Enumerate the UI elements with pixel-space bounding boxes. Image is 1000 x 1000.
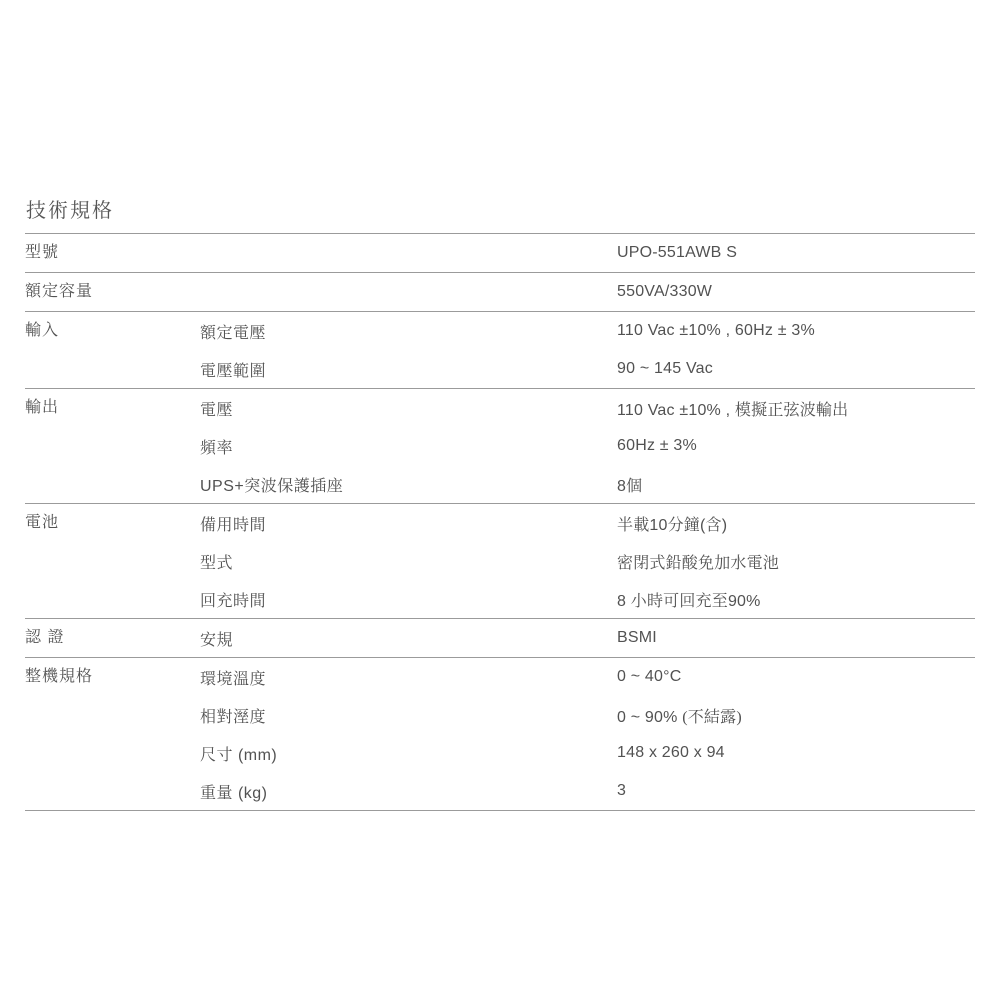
spec-section: 型號UPO-551AWB S: [25, 234, 975, 273]
spec-section: 認 證安規BSMI: [25, 619, 975, 658]
section-rows: 550VA/330W: [200, 273, 975, 311]
spec-value-text: UPO-551AWB S: [617, 244, 737, 261]
spec-value: 密閉式鉛酸免加水電池: [617, 550, 975, 573]
spec-row: 型式密閉式鉛酸免加水電池: [200, 542, 975, 580]
section-category: 輸入: [25, 312, 200, 350]
spec-row: 550VA/330W: [200, 273, 975, 311]
spec-value-text: 密閉式鉛酸免加水電池: [617, 555, 779, 572]
section-rows: UPO-551AWB S: [200, 234, 975, 272]
spec-row: 回充時間8 小時可回充至90%: [200, 580, 975, 618]
spec-row: UPS+突波保護插座8個: [200, 465, 975, 503]
spec-value: 0 ~ 40°C: [617, 668, 975, 686]
section-category: 輸出: [25, 389, 200, 427]
spec-row: 安規BSMI: [200, 619, 975, 657]
section-rows: 額定電壓110 Vac ±10% , 60Hz ± 3%電壓範圍90 ~ 145…: [200, 312, 975, 388]
spec-row: 額定電壓110 Vac ±10% , 60Hz ± 3%: [200, 312, 975, 350]
section-category: 整機規格: [25, 658, 200, 696]
spec-row: 頻率60Hz ± 3%: [200, 427, 975, 465]
spec-value-text: 0 ~ 40°C: [617, 668, 681, 685]
spec-value: 半載10分鐘(含): [617, 512, 975, 535]
spec-value: 60Hz ± 3%: [617, 437, 975, 455]
section-rows: 安規BSMI: [200, 619, 975, 657]
spec-row: 電壓範圍90 ~ 145 Vac: [200, 350, 975, 388]
spec-value: 0 ~ 90% (不結露): [617, 704, 975, 727]
spec-value: UPO-551AWB S: [617, 244, 975, 262]
spec-label: 額定電壓: [200, 320, 617, 343]
spec-value-text: 110 Vac ±10% , 60Hz ± 3%: [617, 322, 815, 339]
section-rows: 環境溫度0 ~ 40°C相對溼度0 ~ 90% (不結露)尺寸 (mm)148 …: [200, 658, 975, 810]
spec-table: 型號UPO-551AWB S額定容量550VA/330W輸入額定電壓110 Va…: [25, 233, 975, 811]
spec-row: 尺寸 (mm)148 x 260 x 94: [200, 734, 975, 772]
page-title: 技術規格: [26, 194, 975, 223]
spec-value-text: 110 Vac ±10% ,: [617, 402, 735, 419]
spec-section: 整機規格環境溫度0 ~ 40°C相對溼度0 ~ 90% (不結露)尺寸 (mm)…: [25, 658, 975, 811]
spec-value-serif-text: (不結露): [682, 709, 742, 726]
spec-section: 輸入額定電壓110 Vac ±10% , 60Hz ± 3%電壓範圍90 ~ 1…: [25, 312, 975, 389]
spec-section: 電池備用時間半載10分鐘(含)型式密閉式鉛酸免加水電池回充時間8 小時可回充至9…: [25, 504, 975, 619]
spec-value-text: 60Hz ± 3%: [617, 437, 697, 454]
spec-value-text: 半載10分鐘(含): [617, 517, 727, 534]
spec-value: 8個: [617, 473, 975, 496]
spec-row: 電壓110 Vac ±10% , 模擬正弦波輸出: [200, 389, 975, 427]
spec-value: 550VA/330W: [617, 283, 975, 301]
spec-label: UPS+突波保護插座: [200, 473, 617, 496]
spec-section: 輸出電壓110 Vac ±10% , 模擬正弦波輸出頻率60Hz ± 3%UPS…: [25, 389, 975, 504]
spec-value-text: 8 小時可回充至90%: [617, 593, 761, 610]
spec-label: 環境溫度: [200, 666, 617, 689]
section-category: 電池: [25, 504, 200, 542]
spec-label: 安規: [200, 627, 617, 650]
spec-value-text: BSMI: [617, 629, 657, 646]
spec-value-text: 148 x 260 x 94: [617, 744, 725, 761]
spec-value-serif-text: 模擬正弦波輸出: [735, 402, 848, 419]
spec-value: 3: [617, 782, 975, 800]
spec-value: 110 Vac ±10% , 60Hz ± 3%: [617, 322, 975, 340]
spec-row: 重量 (kg)3: [200, 772, 975, 810]
spec-label: 尺寸 (mm): [200, 742, 617, 765]
spec-value-text: 90 ~ 145 Vac: [617, 360, 713, 377]
spec-row: UPO-551AWB S: [200, 234, 975, 272]
section-category: 額定容量: [25, 273, 200, 311]
spec-value-text: 550VA/330W: [617, 283, 712, 300]
spec-label: 頻率: [200, 435, 617, 458]
spec-label: 型式: [200, 550, 617, 573]
section-category: 認 證: [25, 619, 200, 657]
spec-value-text: 0 ~ 90%: [617, 709, 682, 726]
spec-row: 相對溼度0 ~ 90% (不結露): [200, 696, 975, 734]
spec-value: 90 ~ 145 Vac: [617, 360, 975, 378]
spec-value: BSMI: [617, 629, 975, 647]
spec-label: 電壓範圍: [200, 358, 617, 381]
section-rows: 備用時間半載10分鐘(含)型式密閉式鉛酸免加水電池回充時間8 小時可回充至90%: [200, 504, 975, 618]
spec-label: 備用時間: [200, 512, 617, 535]
spec-sheet: 技術規格 型號UPO-551AWB S額定容量550VA/330W輸入額定電壓1…: [25, 194, 975, 811]
spec-value: 148 x 260 x 94: [617, 744, 975, 762]
spec-value: 8 小時可回充至90%: [617, 588, 975, 611]
spec-label: 相對溼度: [200, 704, 617, 727]
spec-label: 重量 (kg): [200, 780, 617, 803]
spec-value: 110 Vac ±10% , 模擬正弦波輸出: [617, 397, 975, 420]
spec-label: 回充時間: [200, 588, 617, 611]
section-rows: 電壓110 Vac ±10% , 模擬正弦波輸出頻率60Hz ± 3%UPS+突…: [200, 389, 975, 503]
spec-value-text: 3: [617, 782, 626, 799]
spec-section: 額定容量550VA/330W: [25, 273, 975, 312]
spec-label: 電壓: [200, 397, 617, 420]
section-category: 型號: [25, 234, 200, 272]
spec-row: 備用時間半載10分鐘(含): [200, 504, 975, 542]
spec-value-text: 8個: [617, 478, 642, 495]
spec-row: 環境溫度0 ~ 40°C: [200, 658, 975, 696]
